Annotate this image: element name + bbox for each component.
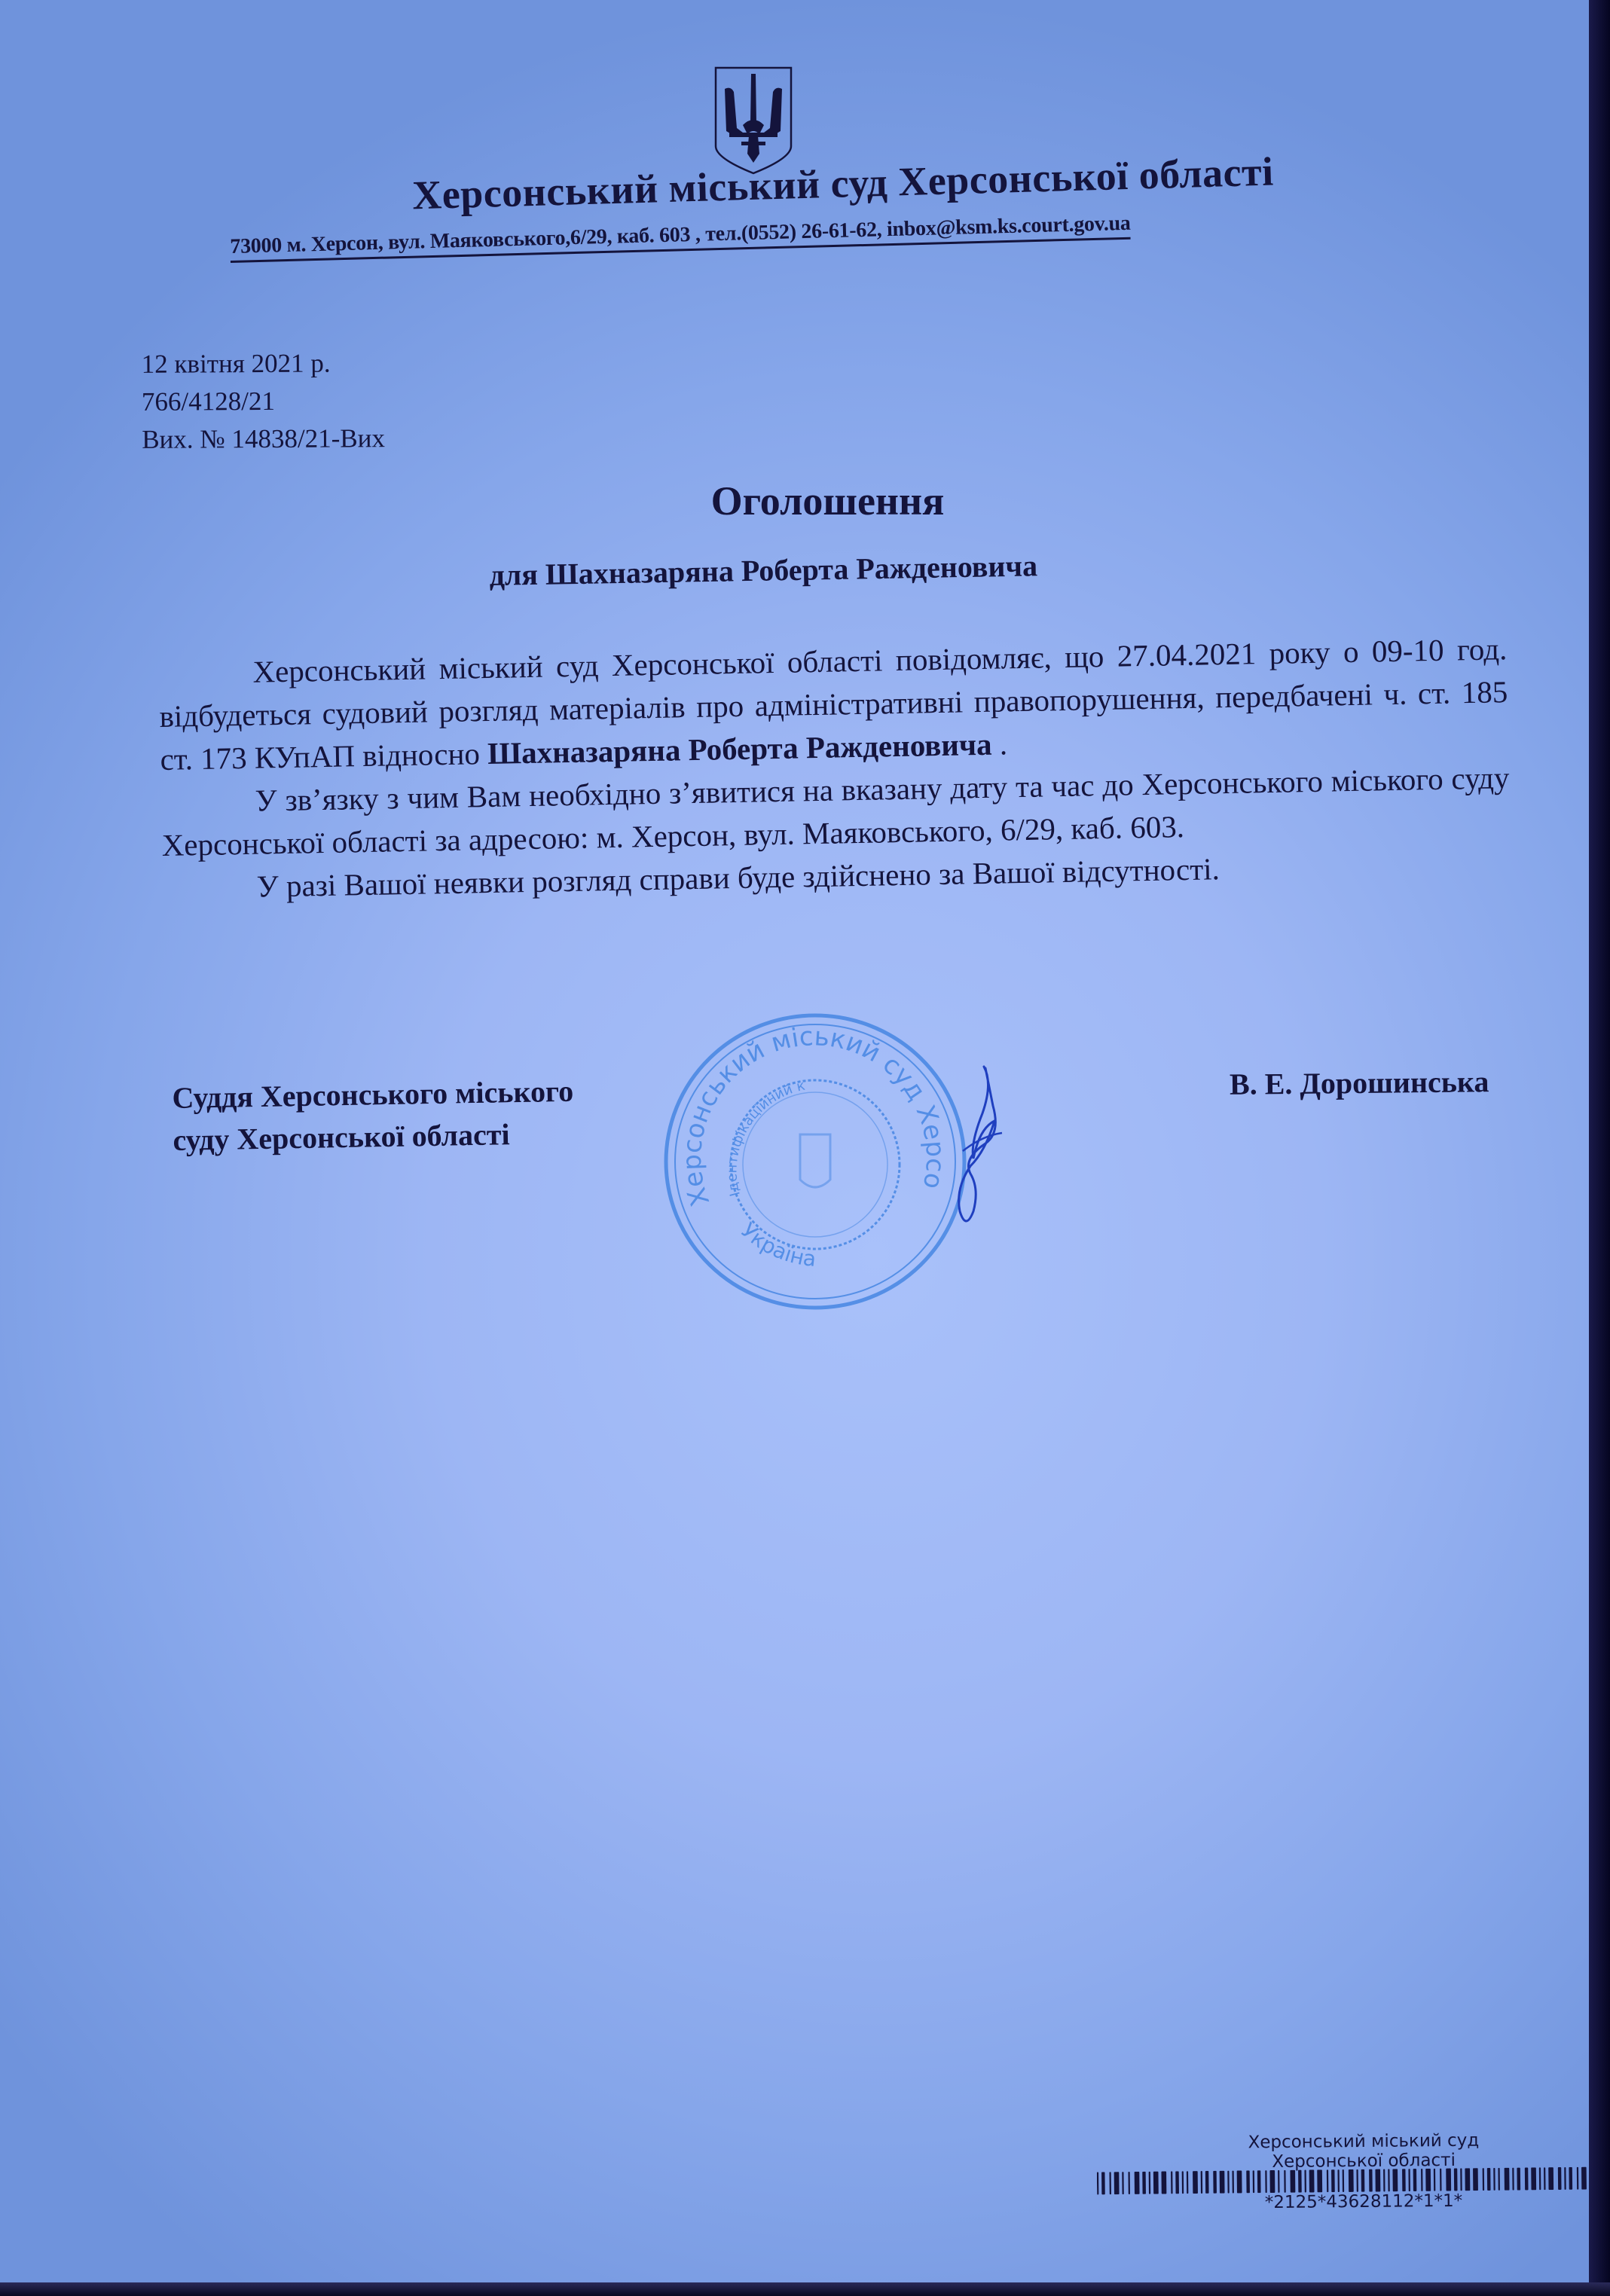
scan-edge-right bbox=[1589, 0, 1610, 2296]
document-date: 12 квітня 2021 р. bbox=[142, 344, 385, 383]
document-meta: 12 квітня 2021 р. 766/4128/21 Вих. № 148… bbox=[142, 344, 385, 459]
stamp-outer-text: Херсонський міський суд Херсонської обла… bbox=[657, 1006, 950, 1210]
addressee-line: для Шахназаряна Роберта Ражденовича bbox=[489, 548, 1037, 593]
judge-name: В. Е. Дорошинська bbox=[1230, 1064, 1489, 1102]
case-number: 766/4128/21 bbox=[142, 382, 385, 421]
document-page: Херсонський міський суд Херсонської обла… bbox=[0, 0, 1591, 2282]
official-court-stamp-icon: Херсонський міський суд Херсонської обла… bbox=[657, 1006, 973, 1317]
scan-edge-bottom bbox=[0, 2282, 1610, 2296]
defendant-name: Шахназаряна Роберта Ражденовича bbox=[487, 727, 992, 771]
barcode-label: Херсонський міський суд Херсонської обла… bbox=[1205, 2130, 1522, 2172]
body-paragraph-1: Херсонський міський суд Херсонської обла… bbox=[158, 627, 1509, 781]
notice-body: Херсонський міський суд Херсонської обла… bbox=[158, 627, 1511, 910]
handwritten-signature-icon bbox=[940, 1061, 1008, 1234]
barcode-number: *2125*43628112*1*1* bbox=[1205, 2191, 1522, 2213]
ukraine-trident-coat-of-arms-icon bbox=[711, 63, 796, 176]
judge-title: Суддя Херсонського міського суду Херсонс… bbox=[172, 1070, 575, 1162]
court-name-heading: Херсонський міський суд Херсонської обла… bbox=[315, 145, 1370, 221]
svg-text:Херсонський міський суд Херсон: Херсонський міський суд Херсонської обла… bbox=[657, 1006, 950, 1210]
document-title: Оголошення bbox=[0, 478, 1610, 524]
outgoing-number: Вих. № 14838/21-Вих bbox=[142, 420, 385, 459]
